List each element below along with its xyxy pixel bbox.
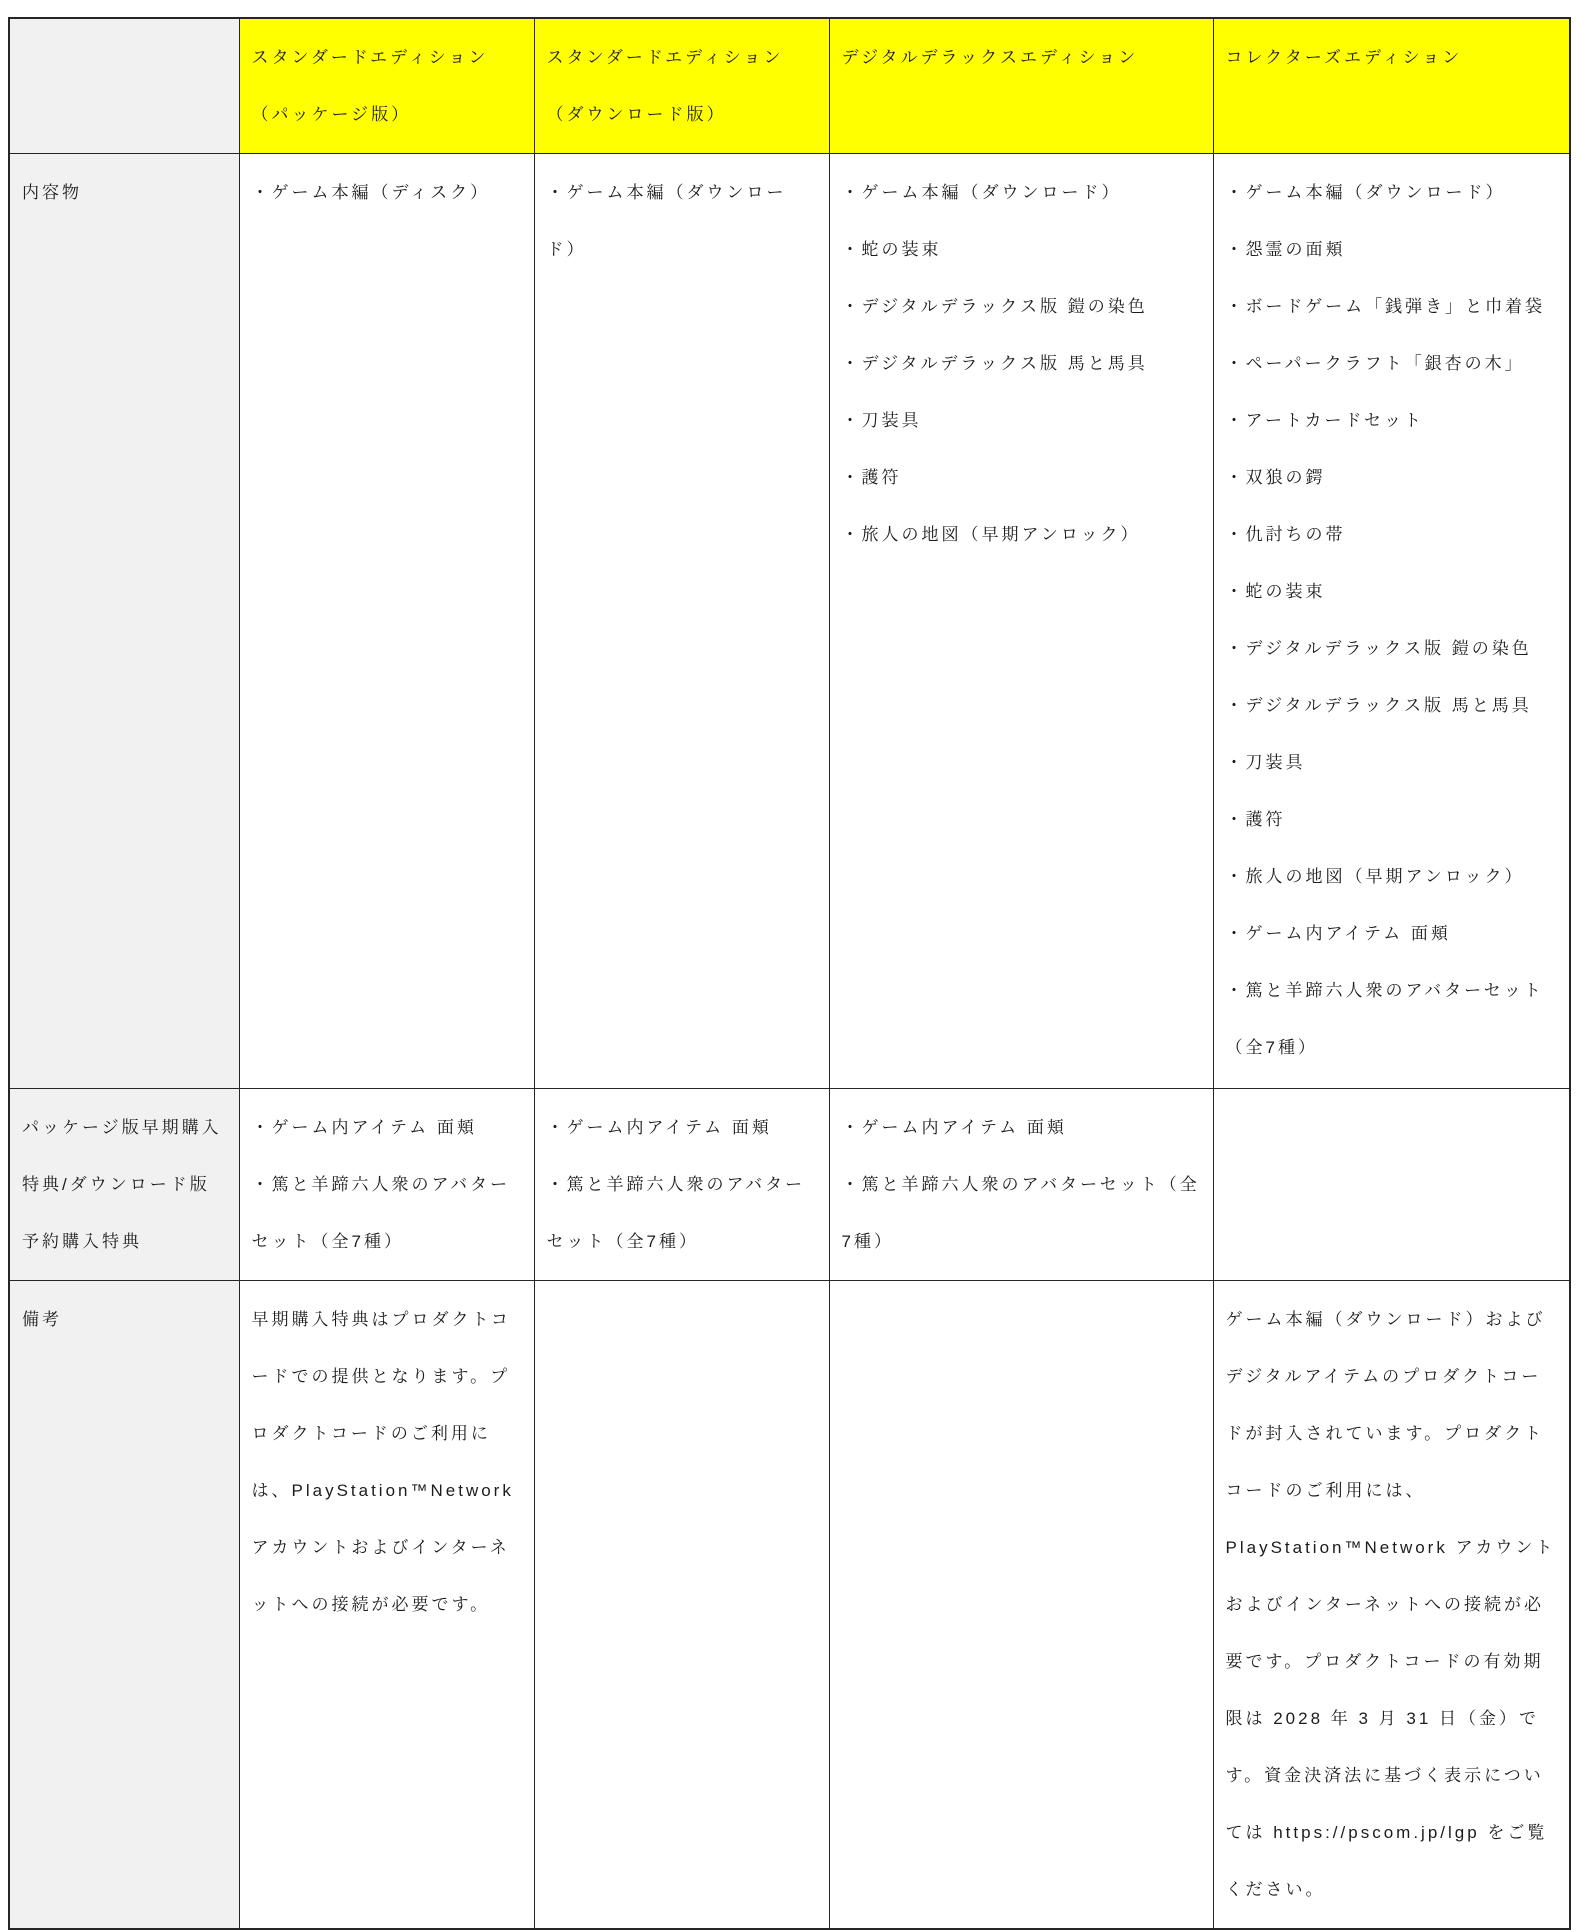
document-page: スタンダードエディション（パッケージ版） スタンダードエディション（ダウンロード…: [0, 0, 1577, 1907]
list-item: ・ゲーム内アイテム 面頬: [547, 1099, 817, 1156]
list-item: ・ゲーム内アイテム 面頬: [1226, 905, 1558, 962]
contents-row: 内容物 ・ゲーム本編（ディスク） ・ゲーム本編（ダウンロード） ・ゲーム本編（ダ…: [9, 154, 1570, 1089]
early-purchase-bonus-row: パッケージ版早期購入特典/ダウンロード版予約購入特典 ・ゲーム内アイテム 面頬・…: [9, 1089, 1570, 1281]
cell-bonus-collectors: [1213, 1089, 1570, 1281]
list-item: ・デジタルデラックス版 鎧の染色: [1226, 620, 1558, 677]
list-item: ・篤と羊蹄六人衆のアバターセット（全7種）: [1226, 962, 1558, 1076]
list-item: ・ゲーム本編（ダウンロード）: [1226, 164, 1558, 221]
list-item: ・ゲーム本編（ダウンロード）: [547, 164, 817, 278]
list-item: ・刀装具: [842, 392, 1201, 449]
list-item: ・アートカードセット: [1226, 392, 1558, 449]
cell-remarks-collectors: ゲーム本編（ダウンロード）およびデジタルアイテムのプロダクトコードが封入されてい…: [1213, 1281, 1570, 1930]
cell-bonus-standard-package: ・ゲーム内アイテム 面頬・篤と羊蹄六人衆のアバターセット（全7種）: [239, 1089, 534, 1281]
list-item: ・刀装具: [1226, 734, 1558, 791]
list-item: ・護符: [842, 449, 1201, 506]
cell-contents-standard-download: ・ゲーム本編（ダウンロード）: [534, 154, 829, 1089]
cell-remarks-standard-download: [534, 1281, 829, 1930]
list-item: ・怨霊の面頬: [1226, 221, 1558, 278]
header-standard-download-edition: スタンダードエディション（ダウンロード版）: [534, 18, 829, 154]
list-item: ・デジタルデラックス版 馬と馬具: [1226, 677, 1558, 734]
list-item: ・篤と羊蹄六人衆のアバターセット（全7種）: [547, 1156, 817, 1270]
list-item: ・デジタルデラックス版 鎧の染色: [842, 278, 1201, 335]
cell-remarks-digital-deluxe: [829, 1281, 1213, 1930]
list-item: ・ゲーム本編（ダウンロード）: [842, 164, 1201, 221]
list-item: ・護符: [1226, 791, 1558, 848]
list-item: ・蛇の装束: [1226, 563, 1558, 620]
list-item: ・ゲーム内アイテム 面頬: [842, 1099, 1201, 1156]
cell-contents-standard-package: ・ゲーム本編（ディスク）: [239, 154, 534, 1089]
cell-bonus-digital-deluxe: ・ゲーム内アイテム 面頬・篤と羊蹄六人衆のアバターセット（全7種）: [829, 1089, 1213, 1281]
remarks-row: 備考 早期購入特典はプロダクトコードでの提供となります。プロダクトコードのご利用…: [9, 1281, 1570, 1930]
header-standard-package-edition: スタンダードエディション（パッケージ版）: [239, 18, 534, 154]
list-item: ・ボードゲーム「銭弾き」と巾着袋: [1226, 278, 1558, 335]
header-row: スタンダードエディション（パッケージ版） スタンダードエディション（ダウンロード…: [9, 18, 1570, 154]
cell-bonus-standard-download: ・ゲーム内アイテム 面頬・篤と羊蹄六人衆のアバターセット（全7種）: [534, 1089, 829, 1281]
list-item: ・ゲーム内アイテム 面頬: [252, 1099, 522, 1156]
row-label-contents: 内容物: [9, 154, 239, 1089]
list-item: ・篤と羊蹄六人衆のアバターセット（全7種）: [842, 1156, 1201, 1270]
row-label-remarks: 備考: [9, 1281, 239, 1930]
list-item: ・蛇の装束: [842, 221, 1201, 278]
list-item: ・デジタルデラックス版 馬と馬具: [842, 335, 1201, 392]
list-item: ・ペーパークラフト「銀杏の木」: [1226, 335, 1558, 392]
list-item: ・旅人の地図（早期アンロック）: [842, 506, 1201, 563]
cell-remarks-standard-package: 早期購入特典はプロダクトコードでの提供となります。プロダクトコードのご利用には、…: [239, 1281, 534, 1930]
row-label-early-purchase-bonus: パッケージ版早期購入特典/ダウンロード版予約購入特典: [9, 1089, 239, 1281]
list-item: ・双狼の鍔: [1226, 449, 1558, 506]
list-item: ・旅人の地図（早期アンロック）: [1226, 848, 1558, 905]
cell-contents-collectors: ・ゲーム本編（ダウンロード）・怨霊の面頬・ボードゲーム「銭弾き」と巾着袋・ペーパ…: [1213, 154, 1570, 1089]
header-collectors-edition: コレクターズエディション: [1213, 18, 1570, 154]
header-digital-deluxe-edition: デジタルデラックスエディション: [829, 18, 1213, 154]
list-item: ・篤と羊蹄六人衆のアバターセット（全7種）: [252, 1156, 522, 1270]
cell-contents-digital-deluxe: ・ゲーム本編（ダウンロード）・蛇の装束・デジタルデラックス版 鎧の染色・デジタル…: [829, 154, 1213, 1089]
corner-cell: [9, 18, 239, 154]
list-item: ・仇討ちの帯: [1226, 506, 1558, 563]
list-item: ・ゲーム本編（ディスク）: [252, 164, 522, 221]
edition-comparison-table: スタンダードエディション（パッケージ版） スタンダードエディション（ダウンロード…: [8, 17, 1571, 1930]
